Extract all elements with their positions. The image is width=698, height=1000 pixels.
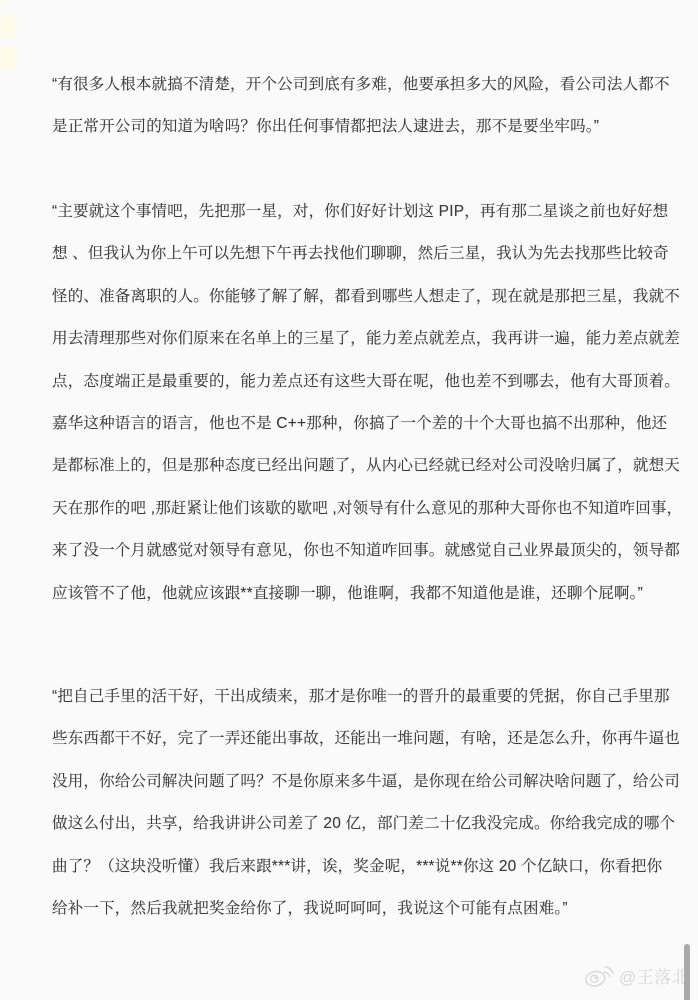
photo-artifact <box>0 16 16 38</box>
watermark-handle: @王落北 <box>619 963 689 988</box>
text-line: 没用，你给公司解决问题了吗？不是你原来多牛逼，是你现在给公司解决啥问题了，给公司 <box>52 761 666 803</box>
watermark: @王落北 <box>584 963 689 988</box>
photo-artifact <box>0 0 9 6</box>
screenshot-page: “有很多人根本就搞不清楚，开个公司到底有多难，他要承担多大的风险，看公司法人都不… <box>0 0 698 1000</box>
text-line: 天在那作的吧 ,那赶紧让他们该歇的歇吧 ,对领导有什么意见的那种大哥你也不知道咋… <box>52 488 666 530</box>
text-line: 用去清理那些对你们原来在名单上的三星了，能力差点就差点，我再讲一遍，能力差点就差 <box>52 318 666 360</box>
text-line: 曲了？（这块没听懂）我后来跟***讲，诶，奖金呢，***说**你这 20 个亿缺… <box>52 846 666 888</box>
text-line: 嘉华这种语言的语言，他也不是 C++那种，你搞了一个差的十个大哥也搞不出那种，他… <box>52 403 666 445</box>
text-line: 想 、但我认为你上午可以先想下午再去找他们聊聊，然后三星，我认为先去找那些比较奇 <box>52 233 666 275</box>
text-line: 做这么付出，共享，给我讲讲公司差了 20 亿，部门差二十亿我没完成。你给我完成的… <box>52 803 666 845</box>
text-line: “主要就这个事情吧，先把那一星，对，你们好好计划这 PIP，再有那二星谈之前也好… <box>52 191 666 233</box>
paragraph-1: “有很多人根本就搞不清楚，开个公司到底有多难，他要承担多大的风险，看公司法人都不… <box>52 64 666 149</box>
text-line: 怪的、准备离职的人。你能够了解了解，都看到哪些人想走了，现在就是那把三星，我就不 <box>52 276 666 318</box>
text-line: “把自己手里的活干好，干出成绩来，那才是你唯一的晋升的最重要的凭据，你自己手里那 <box>52 676 666 718</box>
text-line: 点，态度端正是最重要的，能力差点还有这些大哥在呢，他也差不到哪去，他有大哥顶着。 <box>52 361 666 403</box>
text-line: 是都标准上的，但是那种态度已经出问题了，从内心已经就已经对公司没啥归属了，就想天 <box>52 445 666 487</box>
text-line: 应该管不了他，他就应该跟**直接聊一聊，他谁啊，我都不知道他是谁，还聊个屁啊。” <box>52 573 666 615</box>
photo-artifact <box>0 47 16 69</box>
scrollbar-thumb[interactable] <box>684 944 690 1000</box>
weibo-icon <box>584 963 614 988</box>
paragraph-2: “主要就这个事情吧，先把那一星，对，你们好好计划这 PIP，再有那二星谈之前也好… <box>52 191 666 615</box>
text-line: 些东西都干不好，完了一弄还能出事故，还能出一堆问题，有啥，还是怎么升，你再牛逼也 <box>52 718 666 760</box>
paragraph-3: “把自己手里的活干好，干出成绩来，那才是你唯一的晋升的最重要的凭据，你自己手里那… <box>52 676 666 930</box>
text-line: 来了没一个月就感觉对领导有意见，你也不知道咋回事。就感觉自己业界最顶尖的，领导都 <box>52 530 666 572</box>
text-line: 给补一下，然后我就把奖金给你了，我说呵呵呵，我说这个可能有点困难。” <box>52 888 666 930</box>
text-line: “有很多人根本就搞不清楚，开个公司到底有多难，他要承担多大的风险，看公司法人都不 <box>52 64 666 106</box>
text-line: 是正常开公司的知道为啥吗？你出任何事情都把法人逮进去，那不是要坐牢吗。” <box>52 106 666 148</box>
